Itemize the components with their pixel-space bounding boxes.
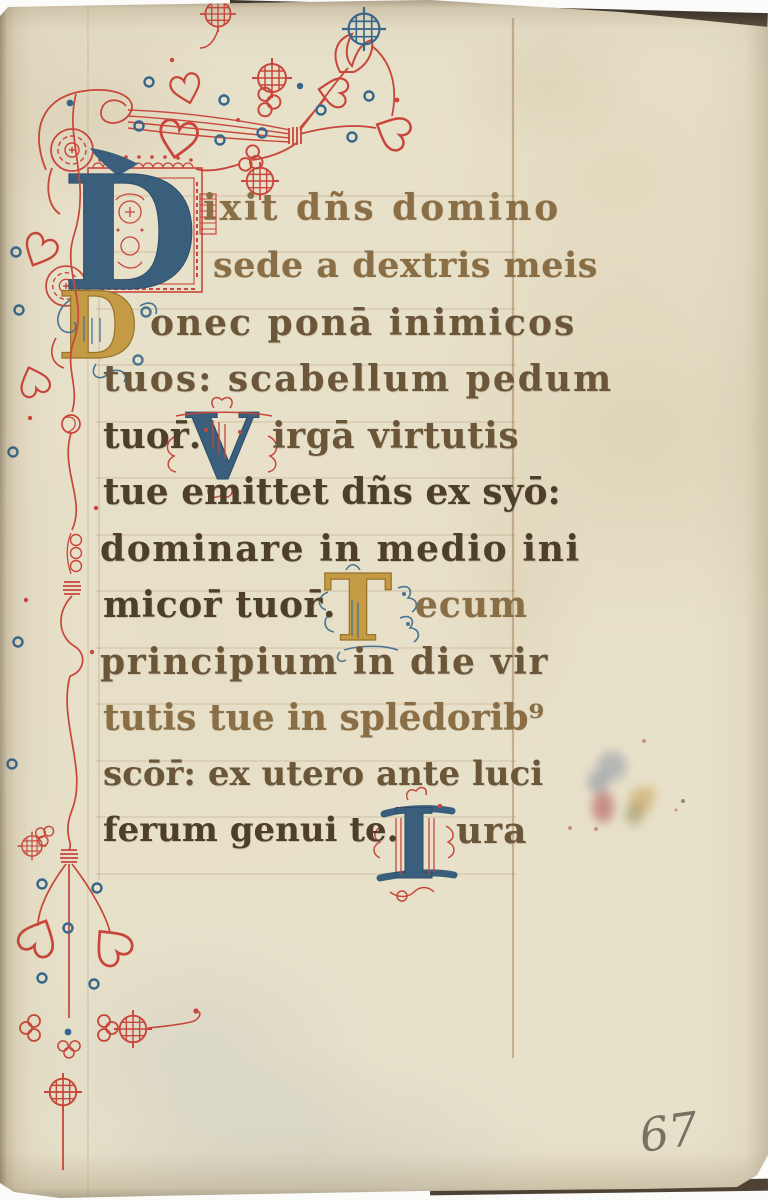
text-line-3: onec ponā inimicos	[150, 305, 576, 341]
text-line-8-pre: micor̄ tuor̄.	[103, 587, 336, 623]
hatched-ball-with-line	[114, 1008, 200, 1048]
text-line-2: sede a dextris meis	[213, 248, 598, 283]
text-line-11: scōr̄: ex utero ante luci	[103, 757, 543, 791]
text-line-1: ixit dñs domino	[203, 190, 561, 226]
text-line-7: dominare in medio ini	[100, 531, 581, 567]
text-line-10: tutis tue in splēdorib⁹	[103, 700, 544, 736]
text-line-4: tuos: scabellum pedum	[103, 361, 613, 397]
folio-number: 67	[636, 1101, 702, 1163]
text-line-8-post: ecum	[415, 587, 528, 623]
text-line-12-pre: ferum genui te.	[103, 813, 398, 847]
text-line-12-post: ura	[456, 813, 527, 849]
text-line-5-post: irgā virtutis	[272, 418, 519, 454]
heart-ornament	[86, 920, 136, 970]
text-line-5-pre: tuor̄.	[103, 418, 201, 454]
heart-ornament	[370, 110, 413, 154]
hatched-ball-tail	[44, 1073, 82, 1170]
pigment-smudge	[568, 739, 685, 831]
flower-ornament	[336, 7, 386, 72]
hatched-ball-ornament	[200, 0, 236, 48]
text-line-9: principium in die vir	[100, 644, 549, 680]
vellum-page: D D	[0, 0, 768, 1200]
text-line-6: tue emittet dñs ex syō:	[103, 474, 561, 510]
manuscript-photo: D D	[0, 0, 768, 1200]
heart-ornament	[169, 72, 205, 107]
heart-ornament	[18, 230, 60, 272]
blue-annulet-dots	[67, 78, 374, 145]
heart-ornament	[15, 363, 52, 400]
